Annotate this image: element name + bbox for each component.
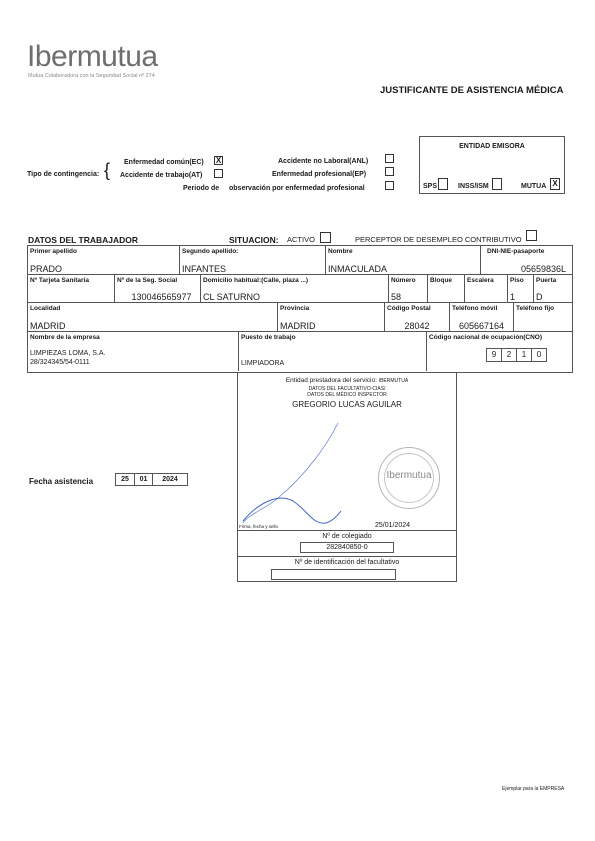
segundo-apellido-label: Segundo apellido:	[182, 248, 238, 255]
colegiado-label: Nº de colegiado	[238, 533, 456, 540]
checkbox-periodo[interactable]	[385, 181, 394, 190]
checkbox-activo[interactable]	[320, 232, 331, 243]
situacion-label: SITUACION:	[229, 235, 279, 245]
ibermutua-logo: Ibermutua	[27, 40, 158, 74]
tarjeta-sanitaria-label: Nº Tarjeta Sanitaria	[30, 277, 89, 284]
field-escalera[interactable]: Escalera	[465, 275, 508, 303]
field-provincia[interactable]: Provincia MADRID	[278, 303, 385, 332]
option-ep-label: Enfermedad profesional(EP)	[272, 171, 366, 178]
field-puerta[interactable]: Puerta D	[534, 275, 572, 303]
field-numero[interactable]: Número 58	[389, 275, 428, 303]
provincia-value: MADRID	[280, 321, 316, 331]
ejemplar-label: Ejemplar para la EMPRESA	[502, 786, 564, 792]
primer-apellido-label: Primer apellido	[30, 248, 77, 255]
mutua-label: MUTUA	[521, 183, 546, 190]
checkbox-anl[interactable]	[385, 154, 394, 163]
divider	[238, 530, 456, 531]
contingencia-label: Tipo de contingencia:	[27, 171, 99, 178]
field-puesto[interactable]: Puesto de trabajo LIMPIADORA	[239, 332, 427, 371]
nombre-value: INMACULADA	[328, 264, 387, 274]
field-domicilio[interactable]: Domicilio habitual:(Calle, plaza ...) CL…	[201, 275, 389, 303]
field-seg-social[interactable]: Nº de la Seg. Social 130046565977	[115, 275, 201, 303]
dni-value: 05659836L	[521, 264, 566, 274]
checkbox-ec[interactable]: X	[214, 156, 223, 165]
field-segundo-apellido[interactable]: Segundo apellido: INFANTES	[180, 246, 326, 275]
field-codigo-postal[interactable]: Código Postal 28042	[385, 303, 450, 332]
fecha-day: 25	[116, 474, 135, 485]
option-at-label: Accidente de trabajo(AT)	[120, 172, 202, 179]
dni-label: DNI-NIE-pasaporte	[487, 248, 544, 255]
piso-label: Piso	[510, 277, 524, 284]
inss-label: INSS/ISM	[458, 183, 489, 190]
empresa-name: LIMPIEZAS LOMA, S.A.	[30, 350, 105, 357]
domicilio-value: CL SATURNO	[203, 292, 260, 302]
ibermutua-stamp: Ibermutua	[378, 447, 440, 509]
document-title: JUSTIFICANTE DE ASISTENCIA MÉDICA	[380, 85, 564, 96]
periodo-prefix: Periodo de	[183, 185, 219, 192]
telefono-movil-value: 605667164	[450, 321, 513, 331]
primer-apellido-value: PRADO	[30, 264, 62, 274]
firma-fecha: 25/01/2024	[375, 522, 410, 529]
segundo-apellido-value: INFANTES	[182, 264, 226, 274]
perceptor-label: PERCEPTOR DE DESEMPLEO CONTRIBUTIVO	[355, 235, 522, 244]
field-dni[interactable]: DNI-NIE-pasaporte 05659836L	[481, 246, 572, 275]
brace: {	[104, 160, 110, 181]
id-facultativo-label: Nº de identificación del facultativo	[238, 559, 456, 566]
puesto-value: LIMPIADORA	[241, 360, 284, 367]
field-telefono-movil[interactable]: Teléfono móvil 605667164	[450, 303, 514, 332]
field-piso[interactable]: Piso 1	[508, 275, 534, 303]
logo-subtitle: Mutua Colaboradora con la Seguridad Soci…	[28, 73, 155, 79]
activo-label: ACTIVO	[287, 235, 315, 244]
telefono-fijo-label: Teléfono fijo	[516, 305, 554, 312]
telefono-movil-label: Teléfono móvil	[452, 305, 497, 312]
puerta-label: Puerta	[536, 277, 556, 284]
periodo-label: observación por enfermedad profesional	[229, 185, 365, 192]
field-primer-apellido[interactable]: Primer apellido PRADO	[28, 246, 180, 275]
provincia-label: Provincia	[280, 305, 309, 312]
empresa-label: Nombre de la empresa	[30, 334, 100, 341]
bloque-label: Bloque	[430, 277, 452, 284]
codigo-postal-value: 28042	[385, 321, 449, 331]
field-nombre[interactable]: Nombre INMACULADA	[326, 246, 481, 275]
colegiado-value[interactable]: 282840850-0	[300, 542, 394, 553]
field-bloque[interactable]: Bloque	[428, 275, 465, 303]
entidad-emisora-title: ENTIDAD EMISORA	[420, 143, 564, 150]
empresa-ccc: 28/324345/54-0111	[30, 359, 90, 366]
cno-digit: 9	[487, 349, 502, 361]
cno-digit: 2	[502, 349, 517, 361]
puerta-value: D	[536, 292, 543, 302]
stamp-logo: Ibermutua	[379, 470, 439, 481]
seg-social-label: Nº de la Seg. Social	[117, 277, 177, 284]
checkbox-perceptor[interactable]	[526, 230, 537, 241]
checkbox-mutua[interactable]: X	[550, 178, 560, 190]
checkbox-ep[interactable]	[385, 167, 394, 176]
fecha-month: 01	[135, 474, 153, 485]
trabajador-grid: Primer apellido PRADO Segundo apellido: …	[27, 245, 573, 373]
fecha-year: 2024	[153, 474, 187, 485]
cno-boxes: 9 2 1 0	[486, 348, 547, 362]
checkbox-inss[interactable]	[492, 178, 502, 190]
sps-label: SPS	[423, 183, 437, 190]
divider	[238, 556, 456, 557]
entidad-emisora-box: ENTIDAD EMISORA SPS INSS/ISM MUTUA X	[419, 136, 565, 194]
id-facultativo-value[interactable]	[271, 569, 396, 580]
field-cno[interactable]: Código nacional de ocupación(CNO) 9 2 1 …	[427, 332, 572, 371]
cno-label: Código nacional de ocupación(CNO)	[429, 334, 542, 341]
codigo-postal-label: Código Postal	[387, 305, 431, 312]
firma-label: Firma, fecha y sello	[239, 524, 278, 529]
option-anl-label: Accidente no Laboral(ANL)	[278, 158, 368, 165]
checkbox-sps[interactable]	[438, 178, 448, 190]
cno-digit: 1	[517, 349, 532, 361]
localidad-value: MADRID	[30, 321, 66, 331]
cno-digit: 0	[532, 349, 546, 361]
numero-label: Número	[391, 277, 416, 284]
field-telefono-fijo[interactable]: Teléfono fijo	[514, 303, 572, 332]
fecha-asistencia-label: Fecha asistencia	[29, 477, 93, 486]
section-title-trabajador: DATOS DEL TRABAJADOR	[28, 235, 138, 245]
checkbox-at[interactable]	[214, 169, 223, 178]
field-empresa[interactable]: Nombre de la empresa LIMPIEZAS LOMA, S.A…	[28, 332, 239, 371]
puesto-label: Puesto de trabajo	[241, 334, 296, 341]
seg-social-value: 130046565977	[123, 292, 200, 302]
numero-value: 58	[391, 292, 401, 302]
field-localidad[interactable]: Localidad MADRID	[28, 303, 278, 332]
domicilio-label: Domicilio habitual:(Calle, plaza ...)	[203, 277, 308, 284]
localidad-label: Localidad	[30, 305, 60, 312]
option-ec-label: Enfermedad común(EC)	[124, 159, 204, 166]
piso-value: 1	[510, 292, 515, 302]
nombre-label: Nombre	[328, 248, 353, 255]
fecha-asistencia-boxes[interactable]: 25 01 2024	[115, 473, 188, 486]
escalera-label: Escalera	[467, 277, 494, 284]
field-tarjeta-sanitaria[interactable]: Nº Tarjeta Sanitaria	[28, 275, 115, 303]
